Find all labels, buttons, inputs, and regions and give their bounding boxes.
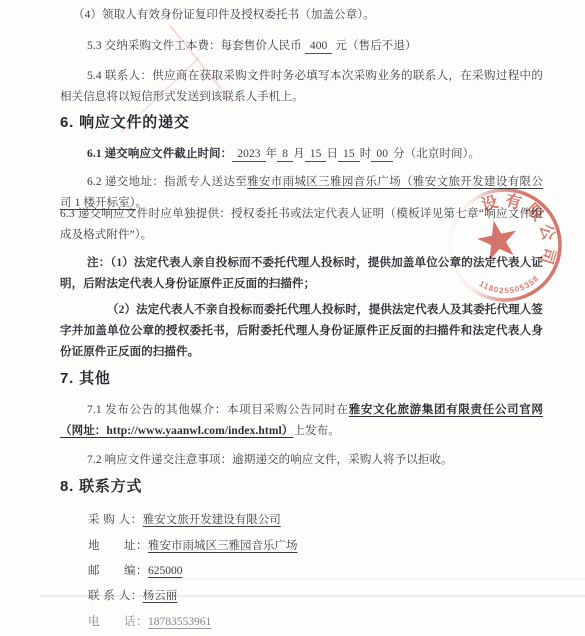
fee-amount-blank: 400 bbox=[305, 40, 333, 54]
section-6-heading: 6. 响应文件的递交 bbox=[60, 113, 190, 133]
note-2-authorized-agent: （2）法定代表人不亲自投标而委托代理人投标时，提供法定代表人及其委托代理人签字并… bbox=[60, 300, 543, 363]
address-pre: 6.2 递交地址：指派专人送达至 bbox=[87, 176, 247, 188]
clause-7-1-media: 7.1 发布公告的其他媒介：本项目采购公告同时在雅安文化旅游集团有限责任公司官网… bbox=[60, 400, 543, 442]
scan-streak-2 bbox=[150, 578, 585, 580]
media-pre: 7.1 发布公告的其他媒介：本项目采购公告同时在 bbox=[87, 404, 349, 416]
deadline-tail: 分（北京时间）。 bbox=[393, 148, 480, 160]
contact-address-row: 地 址：雅安市雨城区三雅园音乐广场 bbox=[88, 537, 298, 555]
clause-6-3-documents: 6.3 递交响应文件时应单独提供：授权委托书或法定代表人证明（模板详见第七章“响… bbox=[60, 204, 543, 246]
deadline-month-unit: 月 bbox=[293, 148, 305, 160]
deadline-minute-blank: 00 bbox=[371, 148, 393, 162]
phone-value: 18783553961 bbox=[148, 616, 211, 628]
fee-text-post: 元（售后不退） bbox=[335, 40, 416, 52]
media-post: 上发布。 bbox=[293, 425, 339, 437]
contact-zipcode-row: 邮 编：625000 bbox=[88, 562, 183, 580]
zipcode-value: 625000 bbox=[148, 565, 183, 577]
phone-label: 电 话： bbox=[88, 616, 148, 628]
address-value: 雅安市雨城区三雅园音乐广场 bbox=[148, 540, 298, 552]
contact-person-row: 联 系 人：杨云丽 bbox=[88, 587, 177, 605]
deadline-year-unit: 年 bbox=[266, 148, 278, 160]
deadline-day-blank: 15 bbox=[305, 148, 327, 162]
deadline-label: 6.1 递交响应文件截止时间： bbox=[87, 148, 232, 160]
deadline-hour-unit: 时 bbox=[360, 148, 372, 160]
deadline-year-blank: 2023 bbox=[232, 148, 265, 162]
note-1-legal-representative: 注：（1）法定代表人亲自投标而不委托代理人投标时，提供加盖单位公章的法定代表人证… bbox=[60, 253, 543, 295]
purchaser-label: 采 购 人： bbox=[88, 514, 143, 526]
section-8-heading: 8. 联系方式 bbox=[60, 477, 142, 497]
section-7-heading: 7. 其他 bbox=[60, 369, 111, 389]
fee-text-pre: 5.3 交纳采购文件工本费：每套售价人民币 bbox=[87, 40, 302, 52]
contact-purchaser-row: 采 购 人：雅安文旅开发建设有限公司 bbox=[88, 511, 281, 529]
purchaser-value: 雅安文旅开发建设有限公司 bbox=[143, 514, 281, 526]
deadline-day-unit: 日 bbox=[326, 148, 338, 160]
clause-5-2-item4: （4）领取人有效身份证复印件及授权委托书（加盖公章）。 bbox=[60, 5, 543, 26]
clause-6-1-deadline: 6.1 递交响应文件截止时间：2023年8月15日15时00分（北京时间）。 bbox=[60, 144, 543, 165]
address-label: 地 址： bbox=[88, 540, 148, 552]
clause-7-2-rejection: 7.2 响应文件递交注意事项：逾期递交的响应文件，采购人将予以拒收。 bbox=[60, 450, 543, 471]
deadline-month-blank: 8 bbox=[277, 148, 293, 162]
contact-person-value: 杨云丽 bbox=[143, 590, 178, 602]
clause-5-4-contact: 5.4 联系人：供应商在获取采购文件时务必填写本次采购业务的联系人，在采购过程中… bbox=[60, 66, 543, 108]
contact-phone-row: 电 话：18783553961 bbox=[88, 613, 211, 631]
deadline-hour-blank: 15 bbox=[338, 148, 360, 162]
clause-5-3-fee: 5.3 交纳采购文件工本费：每套售价人民币 400 元（售后不退） bbox=[60, 36, 543, 57]
zipcode-label: 邮 编： bbox=[88, 565, 148, 577]
contact-person-label: 联 系 人： bbox=[88, 590, 143, 602]
